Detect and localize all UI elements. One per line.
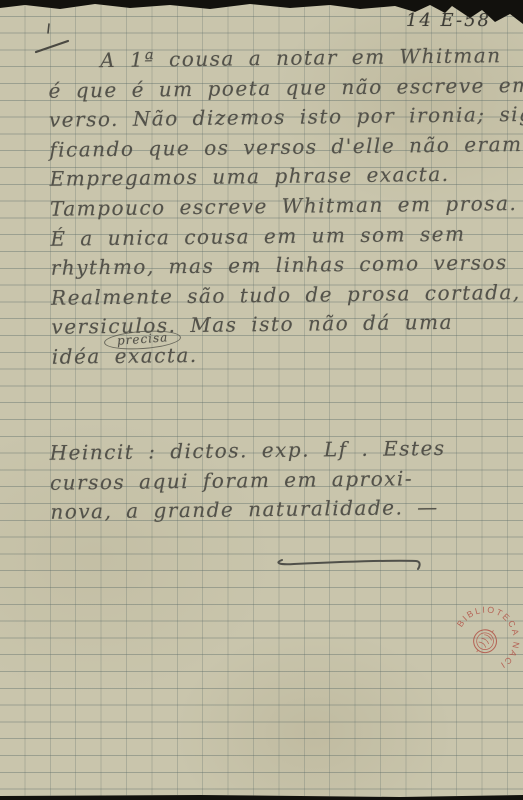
paper-sheet: 14 E-58 A 1ª cousa a notar em Whitmané q… <box>0 0 523 797</box>
manuscript-paragraph-2: Heincit : dictos. exp. Lf . Estescursos … <box>49 433 497 527</box>
manuscript-line: nova, a grande naturalidade. — <box>50 492 497 527</box>
closing-flourish-stroke <box>268 548 428 574</box>
manuscript-line: A 1ª cousa a notar em Whitman <box>48 41 495 76</box>
scanned-manuscript-page: 14 E-58 A 1ª cousa a notar em Whitmané q… <box>0 0 523 800</box>
manuscript-paragraph-1: A 1ª cousa a notar em Whitmané que é um … <box>48 41 499 372</box>
library-stamp: BIBLIOTECA NACIONAL <box>433 587 523 694</box>
catalog-number: 14 E-58 <box>406 10 491 31</box>
stamp-emblem <box>468 623 503 659</box>
manuscript-line: Heincit : dictos. exp. Lf . Estes <box>49 433 496 468</box>
manuscript-line: Tampouco escreve Whitman em prosa. <box>50 189 497 224</box>
